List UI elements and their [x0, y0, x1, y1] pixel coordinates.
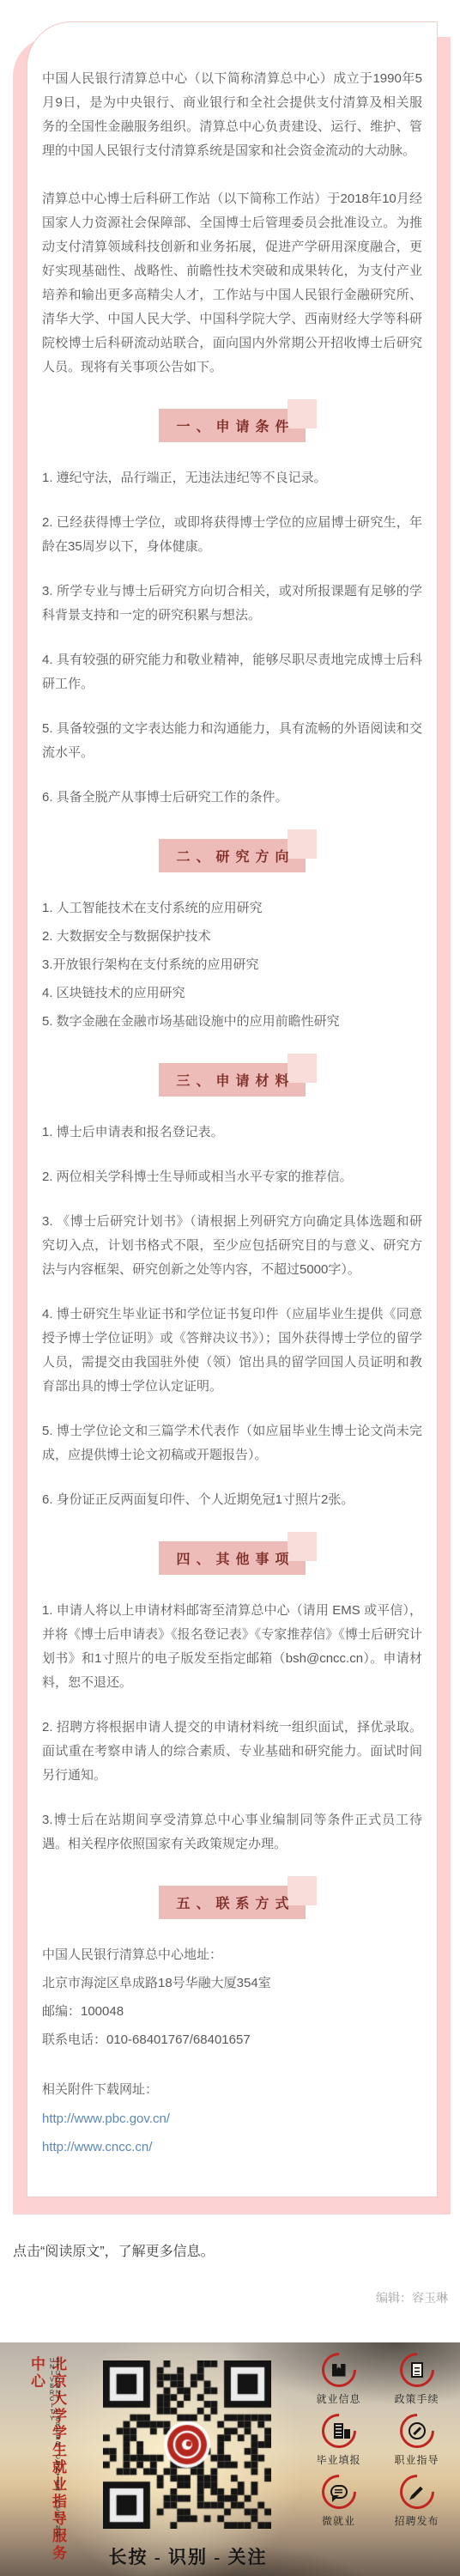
section-item-list: 1. 博士后申请表和报名登记表。2. 两位相关学科博士生导师或相当水平专家的推荐… [42, 1121, 422, 1512]
editor-credit: 编辑：容玉琳 [0, 2289, 448, 2306]
qr-caption: 长按 - 识别 - 关注 [86, 2543, 290, 2569]
building-icon [322, 2414, 356, 2448]
list-item: 3. 所学专业与博士后研究方向切合相关，或对所报课题有足够的学科背景支持和一定的… [42, 580, 422, 628]
book-icon [322, 2353, 356, 2387]
list-item: 北京市海淀区阜成路18号华融大厦354室 [42, 1971, 422, 1996]
section-title: 二、研究方向 [159, 839, 305, 872]
list-item: 2. 已经获得博士学位，或即将获得博士学位的应届博士研究生，年龄在35周岁以下，… [42, 511, 422, 559]
list-item: 1. 人工智能技术在支付系统的应用研究 [42, 896, 422, 920]
banner-menu-item[interactable]: 政策手续 [378, 2353, 455, 2406]
section-title: 五、联系方式 [159, 1886, 305, 1919]
list-item: 5. 博士学位论文和三篇学术代表作（如应届毕业生博士论文尚未完成，应提供博士论文… [42, 1419, 422, 1467]
list-item: 3.博士后在站期间享受清算总中心事业编制同等条件正式员工待遇。相关程序依照国家有… [42, 1808, 422, 1856]
banner-menu-label: 职业指导 [394, 2452, 439, 2467]
contact-line-list: 中国人民银行清算总中心地址：北京市海淀区阜成路18号华融大厦354室邮编：100… [42, 1943, 422, 2052]
list-item: 6. 身份证正反两面复印件、个人近期免冠1寸照片2张。 [42, 1488, 422, 1512]
banner-menu-label: 招聘发布 [394, 2513, 439, 2528]
banner-menu-label: 微就业 [322, 2513, 355, 2528]
section-application-materials: 三、申请材料 1. 博士后申请表和报名登记表。2. 两位相关学科博士生导师或相当… [42, 1063, 422, 1512]
section-item-list: 1. 人工智能技术在支付系统的应用研究2. 大数据安全与数据保护技术3.开放银行… [42, 896, 422, 1034]
cncc-website-link[interactable]: http://www.cncc.cn/ [42, 2140, 152, 2154]
page-background: { "colors": { "accent_pink": "#fdd2d2", … [0, 0, 460, 2576]
section-item-list: 1. 遵纪守法，品行端正，无违法违纪等不良记录。2. 已经获得博士学位，或即将获… [42, 466, 422, 810]
section-title: 一、申请条件 [159, 409, 305, 442]
list-item: 2. 两位相关学科博士生导师或相当水平专家的推荐信。 [42, 1165, 422, 1189]
list-item: 4. 博士研究生毕业证书和学位证书复印件（应届毕业生提供《同意授予博士学位证明》… [42, 1303, 422, 1399]
list-item: 4. 区块链技术的应用研究 [42, 981, 422, 1005]
banner-menu-item[interactable]: 毕业填报 [300, 2414, 377, 2467]
attachment-download-label: 相关附件下载网址： [42, 2078, 422, 2102]
banner-menu-label: 就业信息 [316, 2391, 360, 2406]
list-item: 邮编：100048 [42, 2000, 422, 2024]
section-contact-info: 五、联系方式 中国人民银行清算总中心地址：北京市海淀区阜成路18号华融大厦354… [42, 1886, 422, 2160]
banner-menu-item[interactable]: 招聘发布 [378, 2475, 455, 2528]
banner-menu-item[interactable]: 就业信息 [300, 2353, 377, 2406]
announcement-wrapper: 中国人民银行清算总中心（以下简称清算总中心）成立于1990年5月9日，是为中央银… [0, 0, 460, 2215]
list-item: 3. 《博士后研究计划书》（请根据上列研究方向确定具体选题和研究切入点，计划书格… [42, 1210, 422, 1282]
banner-org-name-en: STUDENT CAREER CENTER,PEKING UNIVERCITY [49, 2358, 61, 2564]
intro-paragraph: 中国人民银行清算总中心（以下简称清算总中心）成立于1990年5月9日，是为中央银… [42, 67, 422, 163]
banner-menu-label: 政策手续 [394, 2391, 439, 2406]
banner-menu-label: 毕业填报 [316, 2452, 360, 2467]
compass-icon [400, 2414, 434, 2448]
chat-icon [322, 2475, 356, 2509]
list-item: 1. 遵纪守法，品行端正，无违法违纪等不良记录。 [42, 466, 422, 490]
read-original-hint: 点击“阅读原文”，了解更多信息。 [13, 2240, 460, 2260]
section-research-directions: 二、研究方向 1. 人工智能技术在支付系统的应用研究2. 大数据安全与数据保护技… [42, 839, 422, 1034]
section-title: 三、申请材料 [159, 1063, 305, 1097]
list-item: 1. 申请人将以上申请材料邮寄至清算总中心（请用 EMS 或平信），并将《博士后… [42, 1599, 422, 1695]
pencil-icon [400, 2475, 434, 2509]
banner-menu-item[interactable]: 微就业 [300, 2475, 377, 2528]
pbc-website-link[interactable]: http://www.pbc.gov.cn/ [42, 2111, 170, 2126]
list-item: 中国人民银行清算总中心地址： [42, 1943, 422, 1967]
list-item: 5. 具备较强的文字表达能力和沟通能力，具有流畅的外语阅读和交流水平。 [42, 717, 422, 765]
document-icon [400, 2353, 434, 2387]
intro-paragraph: 清算总中心博士后科研工作站（以下简称工作站）于2018年10月经国家人力资源社会… [42, 187, 422, 380]
list-item: 5. 数字金融在金融市场基础设施中的应用前瞻性研究 [42, 1010, 422, 1034]
section-item-list: 1. 申请人将以上申请材料邮寄至清算总中心（请用 EMS 或平信），并将《博士后… [42, 1599, 422, 1856]
banner-org-name-cn: 北京大学学生就业指导服务中心 [26, 2356, 69, 2566]
list-item: 2. 招聘方将根据申请人提交的申请材料统一组织面试，择优录取。面试重在考察申请人… [42, 1716, 422, 1788]
section-application-conditions: 一、申请条件 1. 遵纪守法，品行端正，无违法违纪等不良记录。2. 已经获得博士… [42, 409, 422, 810]
career-center-banner[interactable]: 北京大学学生就业指导服务中心 STUDENT CAREER CENTER,PEK… [0, 2342, 460, 2576]
list-item: 3.开放银行架构在支付系统的应用研究 [42, 953, 422, 977]
list-item: 6. 具备全脱产从事博士后研究工作的条件。 [42, 786, 422, 810]
list-item: 4. 具有较强的研究能力和敬业精神，能够尽职尽责地完成博士后科研工作。 [42, 648, 422, 696]
article-card: 中国人民银行清算总中心（以下简称清算总中心）成立于1990年5月9日，是为中央银… [27, 21, 438, 2197]
banner-menu-item[interactable]: 职业指导 [378, 2414, 455, 2467]
list-item: 1. 博士后申请表和报名登记表。 [42, 1121, 422, 1145]
section-other-matters: 四、其他事项 1. 申请人将以上申请材料邮寄至清算总中心（请用 EMS 或平信）… [42, 1541, 422, 1856]
section-title: 四、其他事项 [159, 1541, 305, 1575]
list-item: 2. 大数据安全与数据保护技术 [42, 925, 422, 949]
list-item: 联系电话：010-68401767/68401657 [42, 2028, 422, 2052]
qr-code[interactable] [103, 2360, 271, 2529]
banner-menu: 就业信息政策手续毕业填报职业指导微就业招聘发布 [300, 2353, 455, 2528]
